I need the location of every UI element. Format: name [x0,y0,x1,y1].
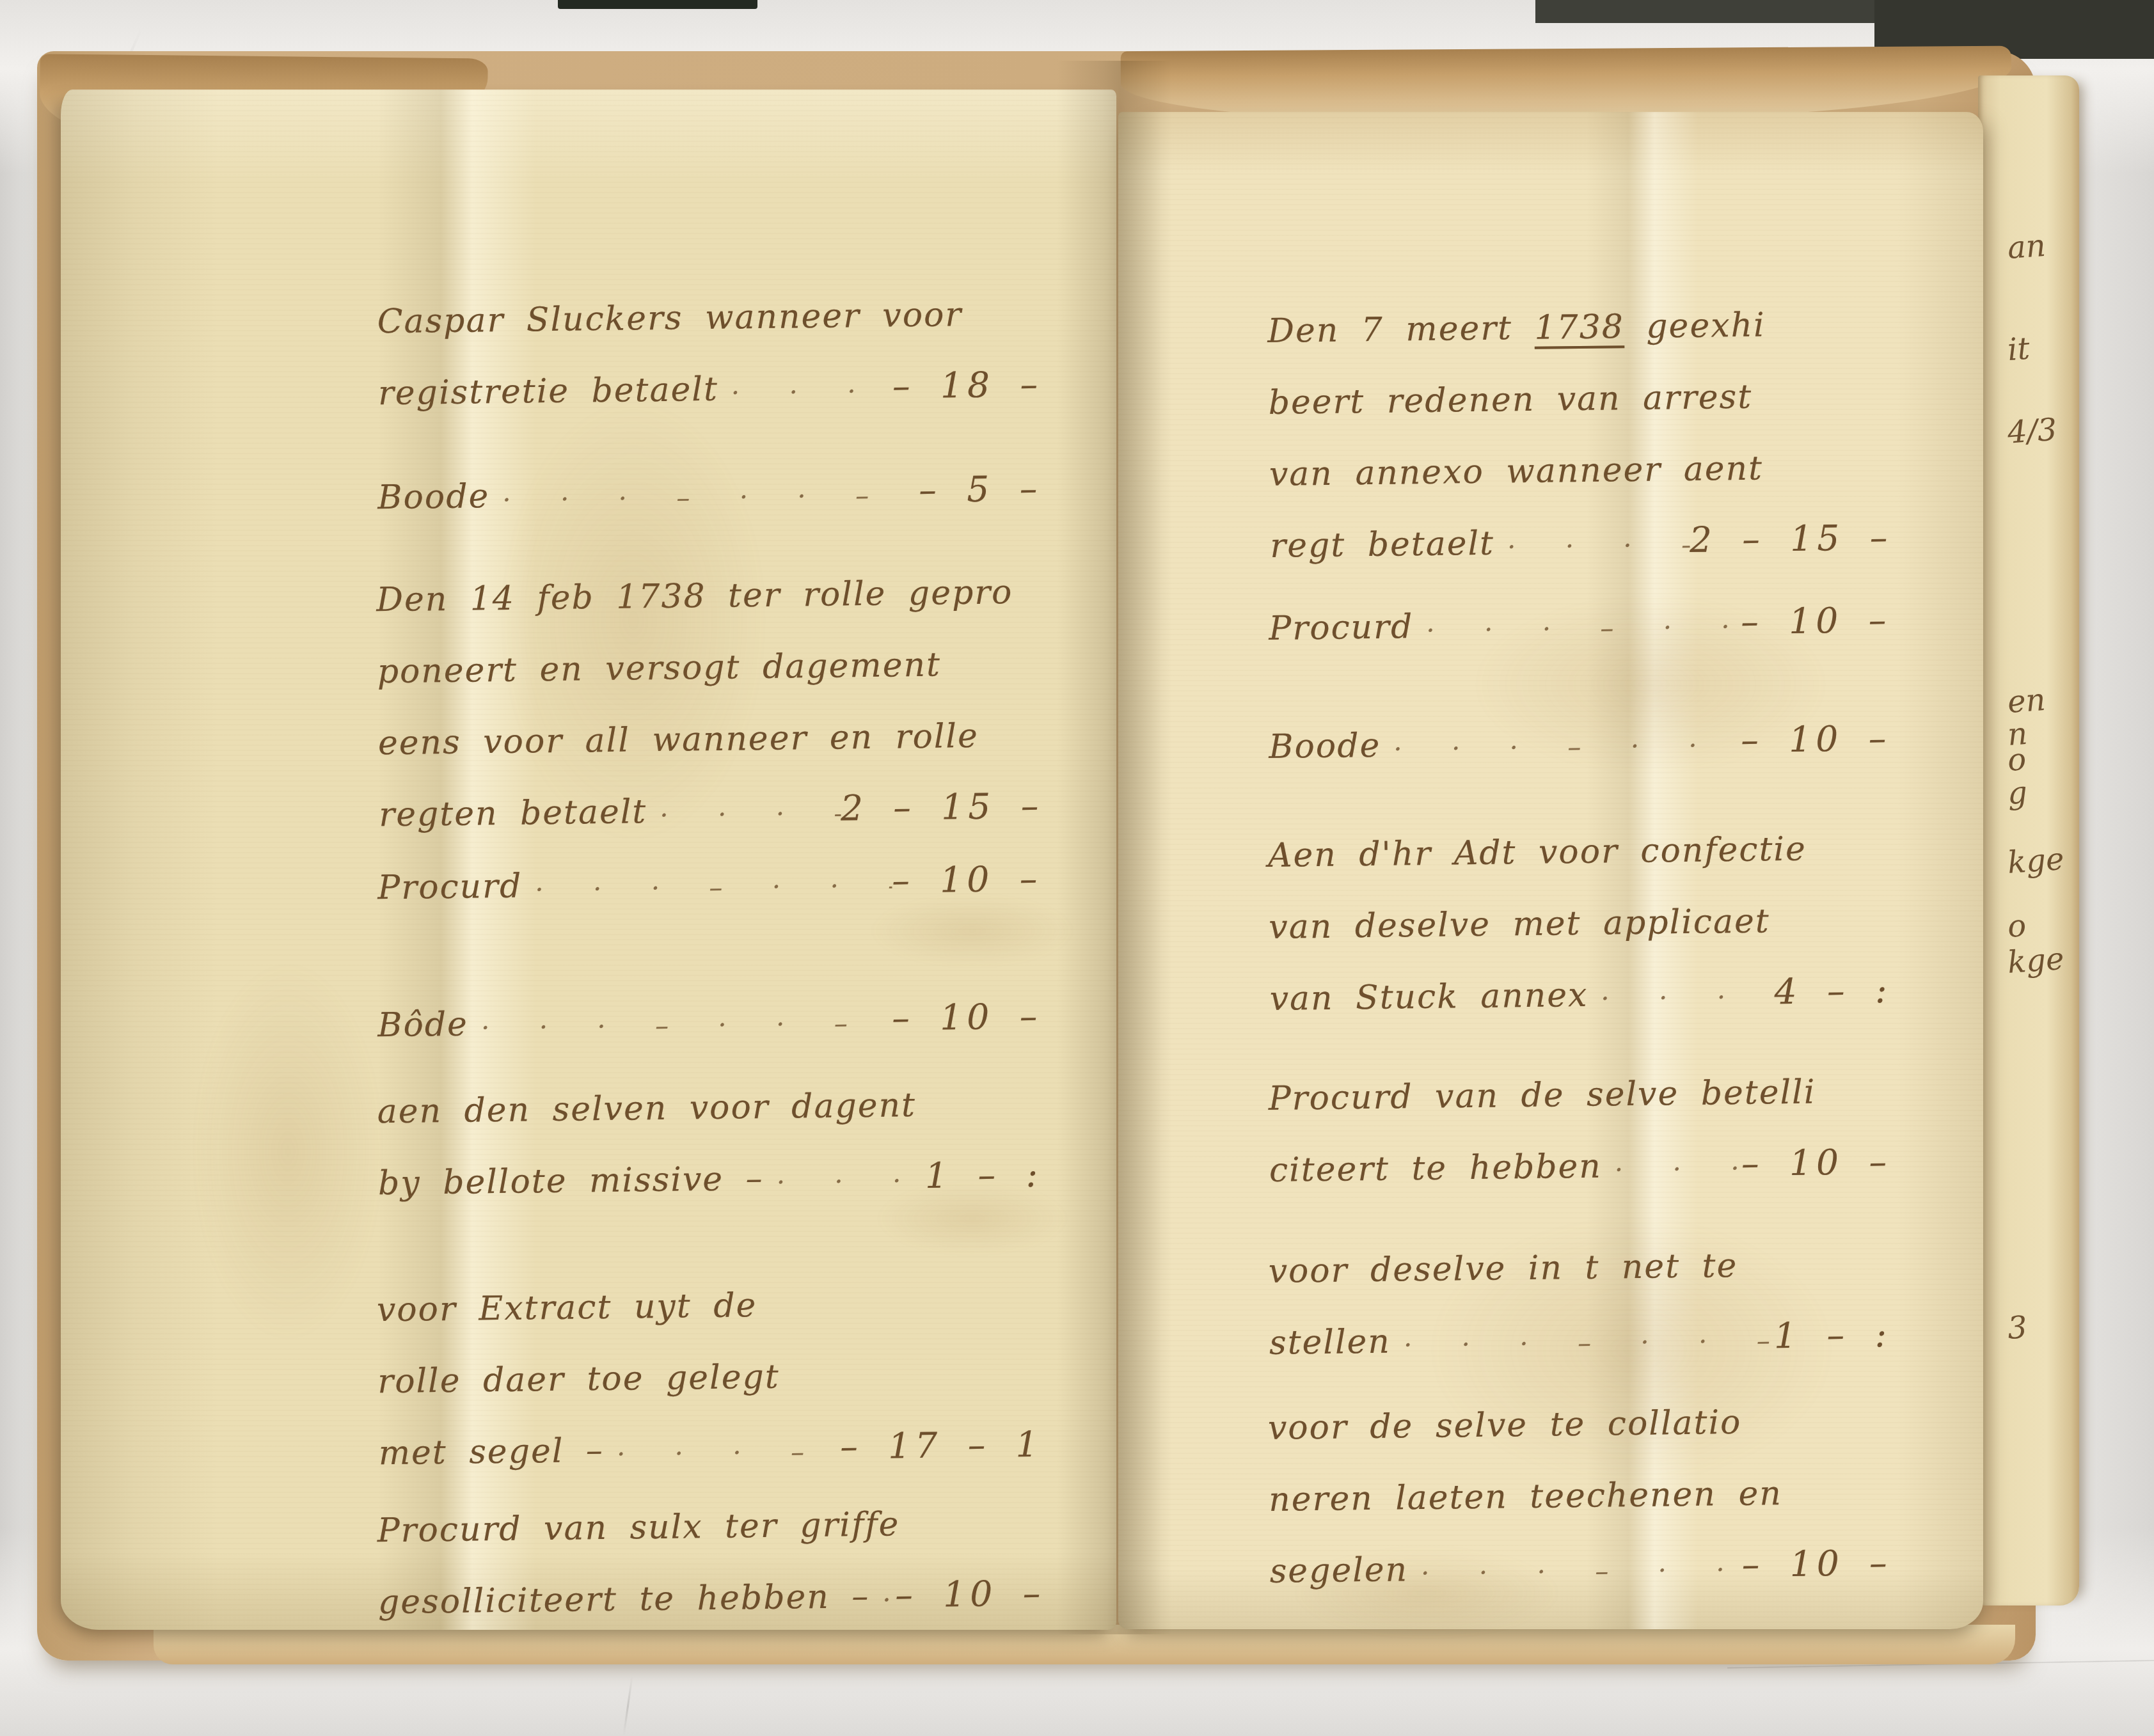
cutoff-text-fragment: it [2006,331,2031,368]
ledger-entry: voor de selve te collationeren laeten te… [1267,1368,1892,1591]
dotted-leader [647,798,841,832]
right-page: Den 7 meert 1738 geexhibeert redenen van… [1118,112,1983,1629]
entry-line: rolle daer toe gelegt [377,1322,1041,1401]
amount-value: – 17 – 1 [840,1424,1043,1467]
amount-value: – 10 – [892,996,1042,1039]
ink-underline: 1738 [1534,308,1624,347]
ledger-entry: Procurd van sulx ter griffegesolliciteer… [377,1471,1043,1622]
right-page-entries: Den 7 meert 1738 geexhibeert redenen van… [1118,112,1983,1629]
entry-line: Bôde– 10 – [377,965,1041,1045]
ledger-entry: Den 14 feb 1738 ter rolle geproponeert e… [376,540,1043,835]
scanned-manuscript-spread: anit4/3ennogkgeokge3 Caspar Sluckers wan… [0,0,2154,1736]
backdrop-crease [622,1676,633,1736]
dotted-leader [1408,1554,1742,1589]
amount-value: 1 – : [1774,1314,1892,1356]
amount-value: – 10 – [895,1573,1045,1616]
ledger-entry: voor Extract uyt derolle daer toe gelegt… [376,1250,1043,1473]
entry-line: Procurd– 10 – [1268,569,1890,648]
dotted-leader [489,479,919,516]
dotted-leader [718,375,893,409]
cutoff-text-fragment: en [2006,682,2047,720]
entry-line: voor de selve te collatio [1267,1368,1890,1448]
left-page: Caspar Sluckers wanneer voorregistretie … [61,90,1116,1630]
amount-value: – 10 – [1741,1141,1892,1184]
entry-line: regten betaelt2 – 15 – [378,755,1043,835]
entry-line: eens voor all wanneer en rolle [377,683,1042,763]
amount-value: – 10 – [1741,718,1891,761]
cutoff-text-fragment: o [2006,908,2027,945]
entry-line: Procurd van sulx ter griffe [377,1471,1041,1551]
amount-value: 2 – 15 – [841,785,1043,829]
dotted-leader [869,1584,896,1615]
dotted-leader [468,1007,892,1044]
entry-line: regt betaelt2 – 15 – [1269,486,1892,565]
entry-line: Procurd van de selve betelli [1268,1039,1890,1118]
entry-line: Boode– 5 – [377,438,1041,517]
ledger-entry: Den 7 meert 1738 geexhibeert redenen van… [1267,271,1892,565]
entry-line: Den 14 feb 1738 ter rolle gepro [376,540,1040,620]
entry-line: voor Extract uyt de [376,1250,1041,1330]
amount-value: 1 – : [925,1154,1043,1196]
ledger-entry: aen den selven voor dagentby bellote mis… [377,1052,1043,1203]
ledger-entry: Caspar Sluckers wanneer voorregistretie … [377,262,1043,413]
entry-line: voor deselve in t net te [1268,1211,1890,1291]
entry-line: gesolliciteert te hebben –– 10 – [377,1542,1042,1622]
cutoff-text-fragment: kge [2006,841,2065,881]
cutoff-text-fragment: o [2006,741,2027,778]
entry-line: van annexo wanneer aent [1269,414,1891,494]
dotted-leader [1494,529,1690,563]
entry-line: neren laeten teechenen en [1268,1440,1890,1519]
amount-value: 4 – : [1774,970,1892,1012]
entry-line: citeert te hebben– 10 – [1269,1110,1891,1190]
ledger-entry: Boode– 10 – [1268,687,1890,766]
ledger-entry: Procurd van de selve betelliciteert te h… [1268,1039,1892,1190]
entry-line: Procurd– 10 – [377,828,1041,908]
ledger-entry: Bôde– 10 – [377,965,1041,1045]
amount-value: – 10 – [1741,599,1891,642]
dotted-leader [1391,1325,1775,1361]
ledger-entry: Procurd– 10 – [1268,569,1890,648]
dotted-leader [604,1436,841,1471]
ledger-entry: voor deselve in t net testellen1 – : [1268,1211,1892,1362]
amount-value: – 18 – [892,364,1043,407]
entry-line: met segel –– 17 – 1 [378,1393,1043,1473]
left-page-entries: Caspar Sluckers wanneer voorregistretie … [61,90,1116,1630]
entry-line: registretie betaelt– 18 – [377,333,1042,413]
bottom-page-edges [154,1625,2015,1664]
ledger-entry: Aen d'hr Adt voor confectievan deselve m… [1267,796,1892,1018]
next-page-edge-strip: anit4/3ennogkgeokge3 [1978,75,2079,1606]
entry-line: beert redenen van arrest [1268,343,1890,422]
entry-line: by bellote missive –1 – : [377,1123,1042,1203]
dotted-leader [1413,611,1741,646]
amount-value: – 10 – [892,858,1042,901]
cutoff-text-fragment: 3 [2006,1309,2028,1346]
dotted-leader [1381,729,1741,765]
cutoff-text-fragment: kge [2006,941,2065,981]
entry-line: segelen– 10 – [1269,1511,1892,1591]
amount-value: 2 – 15 – [1690,517,1892,560]
amount-value: – 5 – [919,468,1042,510]
entry-line: van deselve met applicaet [1268,867,1890,947]
ledger-entry: Procurd– 10 – [377,828,1041,908]
entry-line: poneert en versogt dagement [377,612,1041,691]
scan-edge-dark-strip [558,0,757,9]
entry-line: van Stuck annex4 – : [1269,939,1892,1018]
entry-line: Caspar Sluckers wanneer voor [377,262,1041,342]
amount-value: – 10 – [1741,1542,1892,1585]
dotted-leader [1588,981,1775,1014]
entry-line: Den 7 meert 1738 geexhi [1267,271,1889,351]
ledger-entry: Boode– 5 – [377,438,1041,517]
dotted-leader [1602,1153,1742,1186]
entry-line: Aen d'hr Adt voor confectie [1267,796,1890,875]
cutoff-text-fragment: 4/3 [2006,411,2058,450]
cutoff-text-fragment: g [2006,775,2029,812]
entry-line: Boode– 10 – [1268,687,1890,766]
cutoff-text-fragment: an [2006,228,2047,266]
entry-line: stellen1 – : [1269,1283,1891,1362]
dotted-leader [763,1165,925,1198]
entry-line: aen den selven voor dagent [377,1052,1041,1132]
cutoff-fragments: anit4/3ennogkgeokge3 [1978,75,2079,1606]
dotted-leader [522,870,892,906]
